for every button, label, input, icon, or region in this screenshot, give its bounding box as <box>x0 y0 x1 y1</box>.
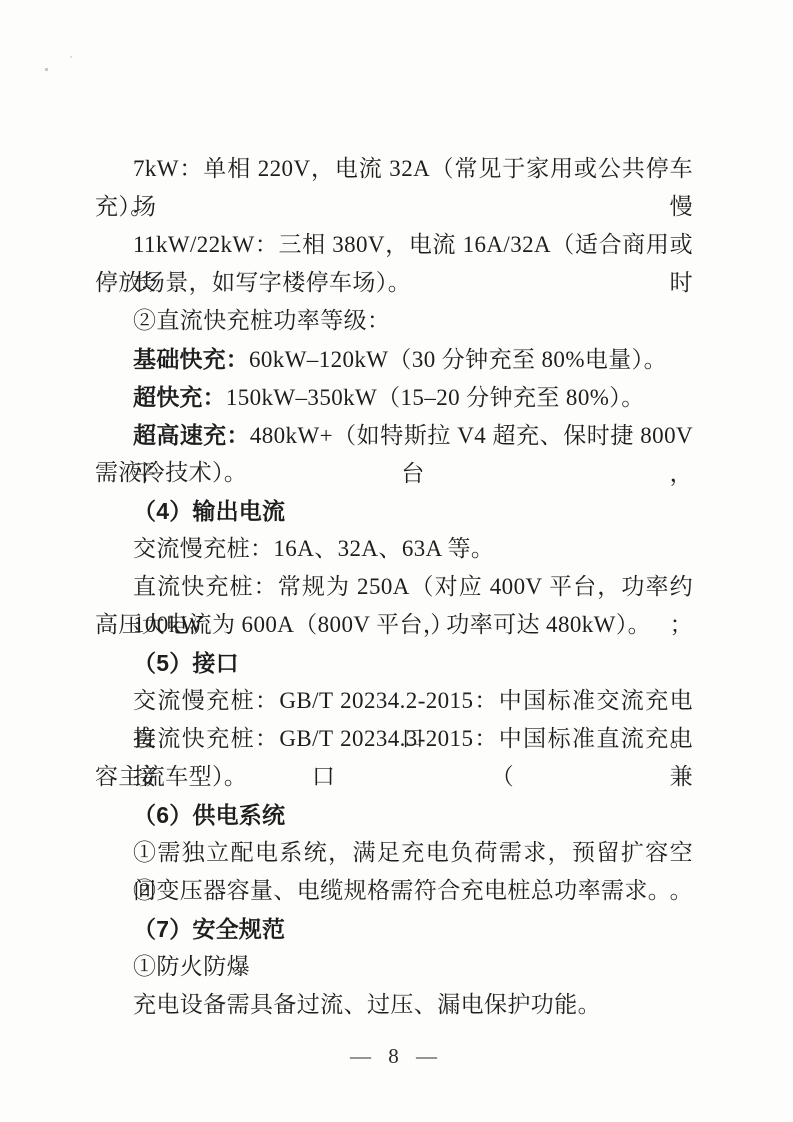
text-run: 高压大电流为 600A（800V 平台，功率可达 480kW）。 <box>95 612 651 637</box>
text-line: （4）输出电流 <box>95 492 693 530</box>
text-line: 超快充：150kW–350kW（15–20 分钟充至 80%）。 <box>95 378 693 416</box>
text-run: 7kW：单相 220V，电流 32A（常见于家用或公共停车场慢 <box>133 156 693 219</box>
text-line: 11kW/22kW：三相 380V，电流 16A/32A（适合商用或长时 <box>95 226 693 264</box>
text-run: 充）。 <box>95 194 154 219</box>
bold-text-run: 基础快充： <box>133 346 249 372</box>
text-line: 充电设备需具备过流、过压、漏电保护功能。 <box>95 986 693 1024</box>
text-line: 交流慢充桩：16A、32A、63A 等。 <box>95 530 693 568</box>
bold-text-run: （5）接口 <box>133 650 239 676</box>
page-body: 7kW：单相 220V，电流 32A（常见于家用或公共停车场慢充）。11kW/2… <box>95 150 693 1024</box>
text-run: 交流慢充桩：16A、32A、63A 等。 <box>133 536 494 561</box>
text-line: 直流快充桩：常规为 250A（对应 400V 平台，功率约 100kW）； <box>95 568 693 606</box>
text-line: ①需独立配电系统，满足充电负荷需求，预留扩容空间。 <box>95 834 693 872</box>
scan-speckle <box>70 56 72 58</box>
text-line: ②变压器容量、电缆规格需符合充电桩总功率需求。 <box>95 872 693 910</box>
text-line: （6）供电系统 <box>95 796 693 834</box>
text-run: 停放场景，如写字楼停车场）。 <box>95 270 411 295</box>
text-run: 容主流车型）。 <box>95 764 247 789</box>
bold-text-run: （7）安全规范 <box>133 916 285 942</box>
document-page: 7kW：单相 220V，电流 32A（常见于家用或公共停车场慢充）。11kW/2… <box>0 0 793 1122</box>
text-run: ②直流快充桩功率等级： <box>133 308 390 333</box>
bold-text-run: 超高速充： <box>133 422 250 448</box>
text-line: 高压大电流为 600A（800V 平台，功率可达 480kW）。 <box>95 606 693 644</box>
text-run: 需液冷技术）。 <box>95 460 247 485</box>
text-run: 充电设备需具备过流、过压、漏电保护功能。 <box>133 992 601 1017</box>
text-line: 7kW：单相 220V，电流 32A（常见于家用或公共停车场慢 <box>95 150 693 188</box>
text-run: ①防火防爆 <box>133 954 250 979</box>
text-run: ②变压器容量、电缆规格需符合充电桩总功率需求。 <box>133 878 671 903</box>
bold-text-run: 超快充： <box>133 384 226 410</box>
text-line: （7）安全规范 <box>95 910 693 948</box>
text-run: 150kW–350kW（15–20 分钟充至 80%）。 <box>226 385 645 410</box>
bold-text-run: （6）供电系统 <box>133 802 285 828</box>
text-line: 超高速充：480kW+（如特斯拉 V4 超充、保时捷 800V 平台， <box>95 416 693 454</box>
text-line: 直流快充桩：GB/T 20234.3-2015：中国标准直流充电接口（兼 <box>95 720 693 758</box>
text-line: 交流慢充桩：GB/T 20234.2-2015：中国标准交流充电接口。 <box>95 682 693 720</box>
page-number: — 8 — <box>0 1044 793 1069</box>
text-line: （5）接口 <box>95 644 693 682</box>
text-run: 60kW–120kW（30 分钟充至 80%电量）。 <box>249 347 667 372</box>
bold-text-run: （4）输出电流 <box>133 498 285 524</box>
scan-speckle <box>45 68 48 71</box>
text-line: ①防火防爆 <box>95 948 693 986</box>
text-line: 基础快充：60kW–120kW（30 分钟充至 80%电量）。 <box>95 340 693 378</box>
text-line: ②直流快充桩功率等级： <box>95 302 693 340</box>
